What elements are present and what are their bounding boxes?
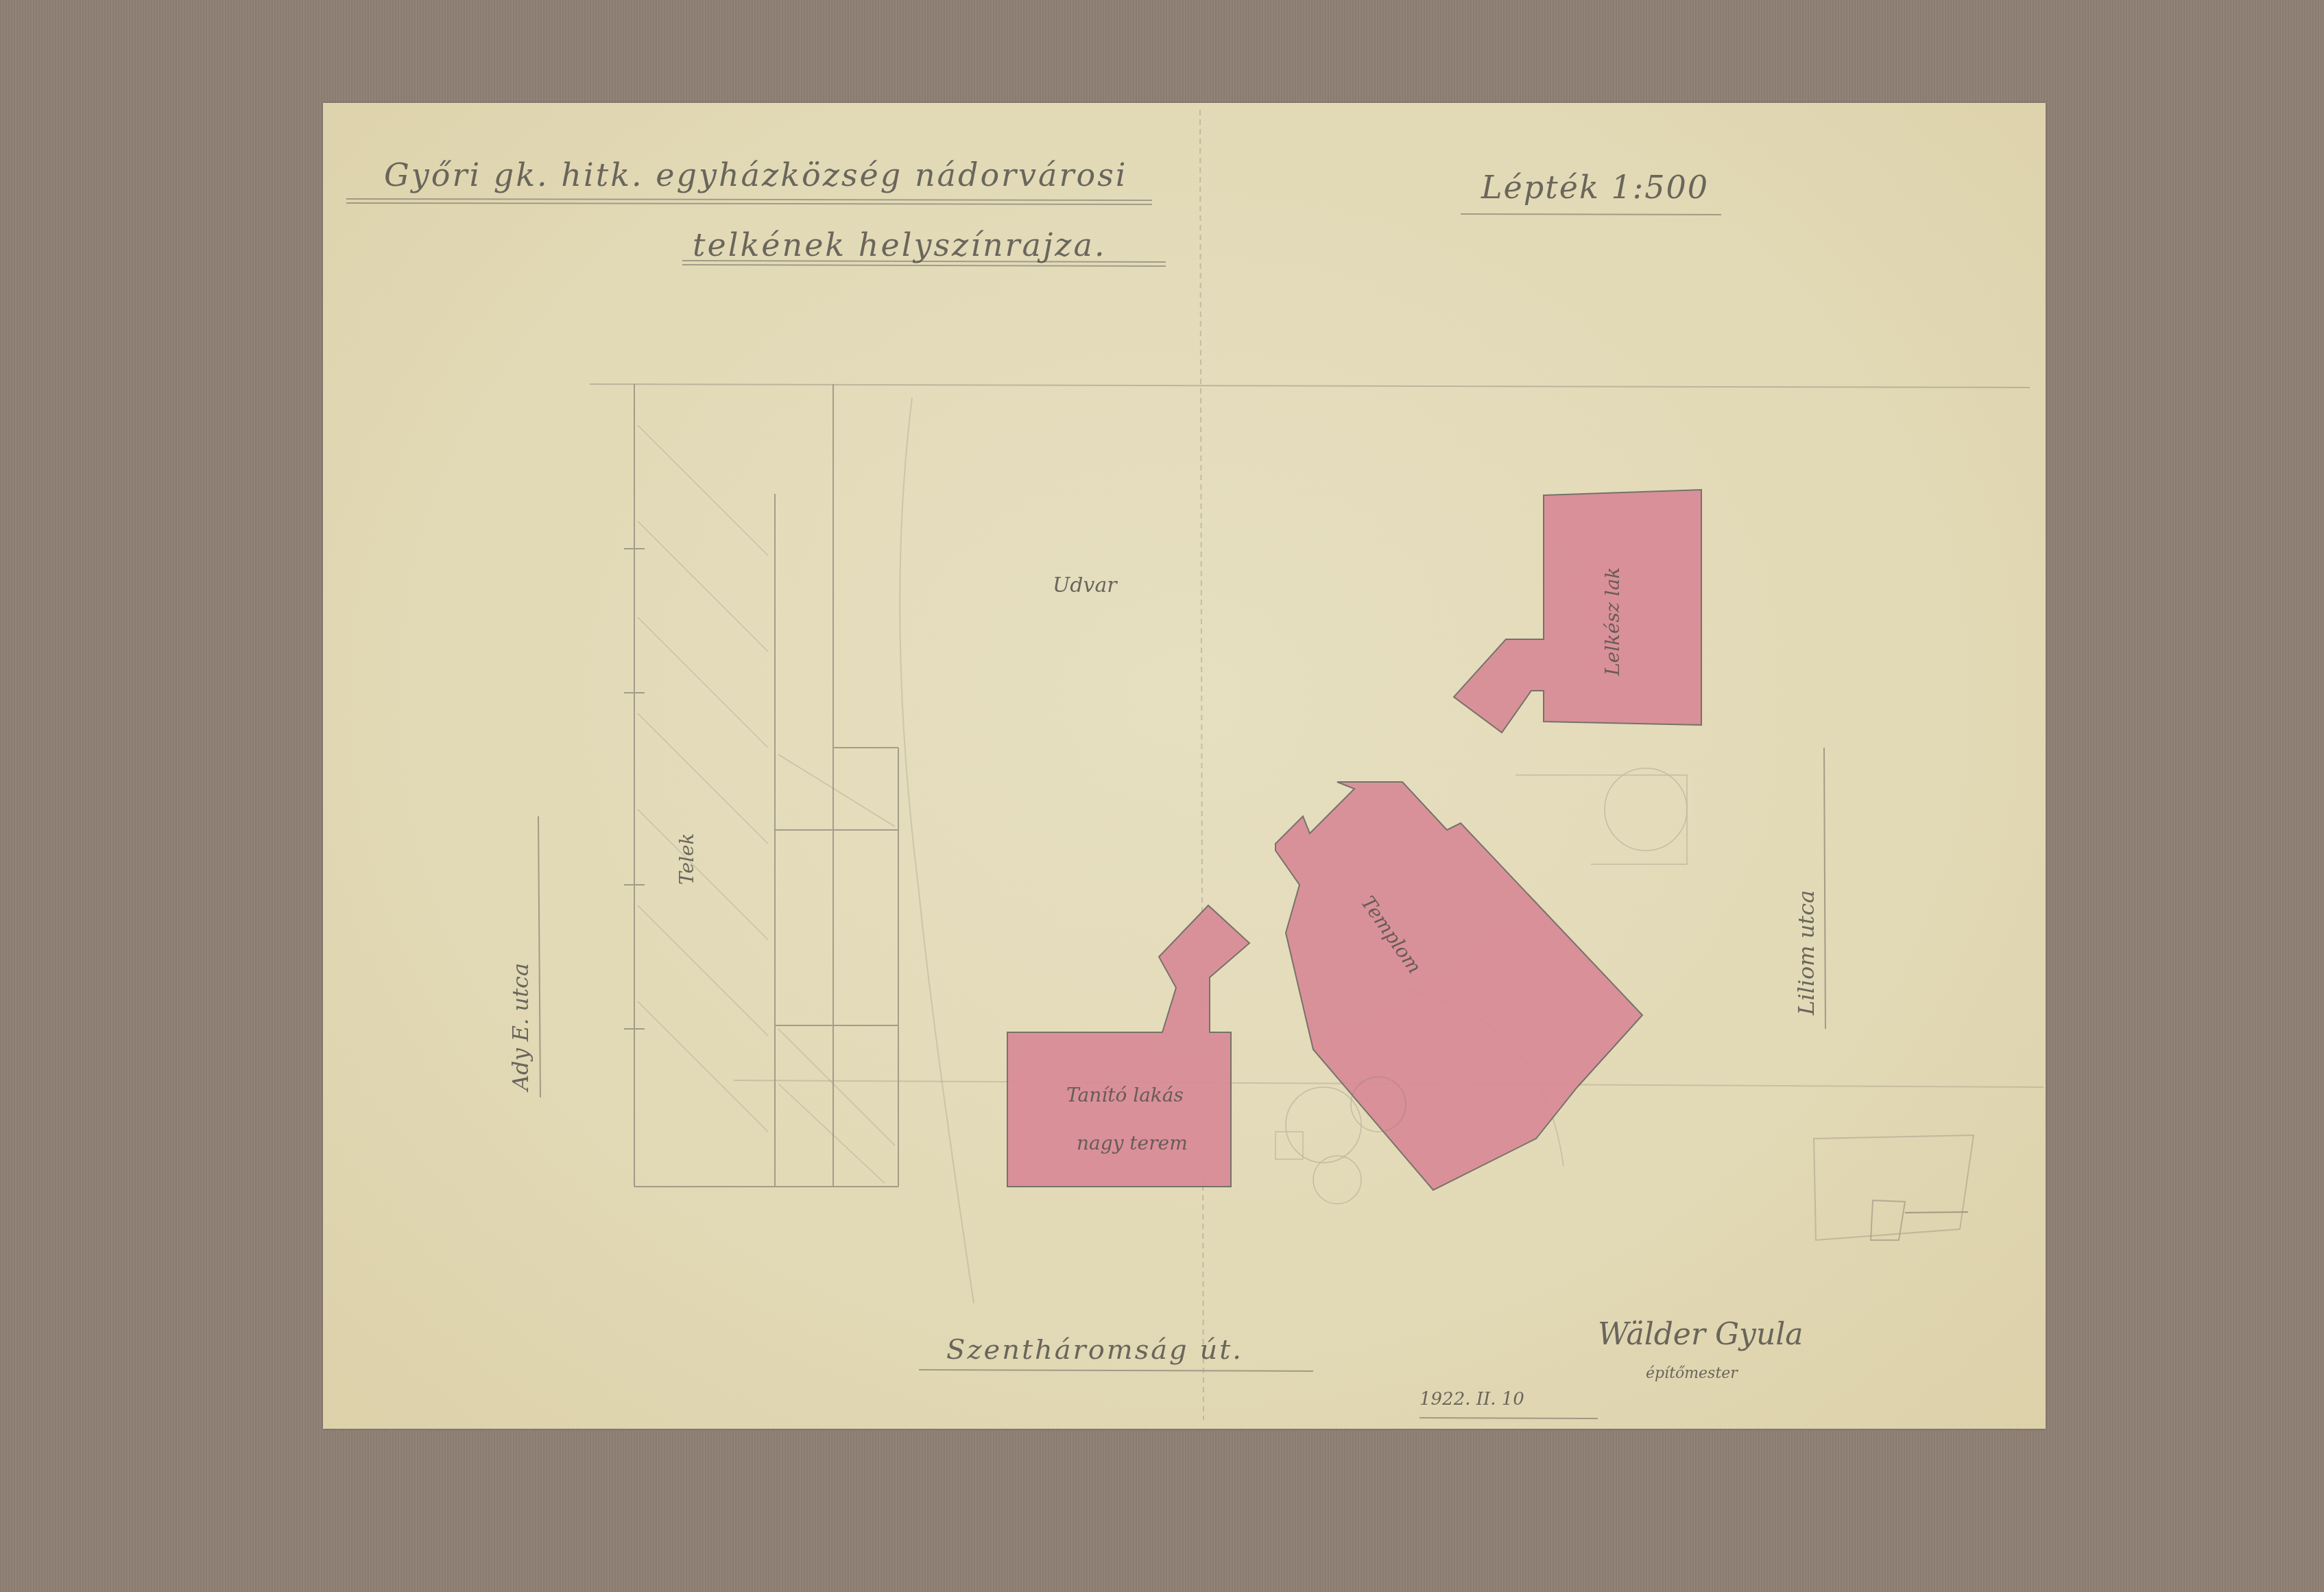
signature: Wälder Gyula [1598, 1317, 1804, 1352]
document-title-line2: telkének helyszínrajza. [693, 226, 1107, 263]
hall-label: nagy terem [1077, 1132, 1188, 1154]
teacher-house-label: Tanító lakás [1066, 1084, 1184, 1106]
church-building [1275, 782, 1642, 1190]
street-left-label: Ady E. utca [507, 963, 534, 1091]
street-bottom-label: Szentháromság út. [946, 1334, 1243, 1366]
document-title-line1: Győri gk. hitk. egyházközség nádorvárosi [384, 156, 1128, 193]
date-label: 1922. II. 10 [1419, 1389, 1524, 1410]
street-right-label: Liliom utca [1793, 890, 1819, 1015]
plot-label: Telek [675, 833, 698, 885]
scale-label: Lépték 1:500 [1481, 169, 1709, 206]
courtyard-label: Udvar [1053, 573, 1117, 597]
signature-role: építőmester [1646, 1365, 1738, 1382]
parish-house-label: Lelkész lak [1601, 567, 1624, 676]
parish-house-building [1454, 490, 1701, 733]
